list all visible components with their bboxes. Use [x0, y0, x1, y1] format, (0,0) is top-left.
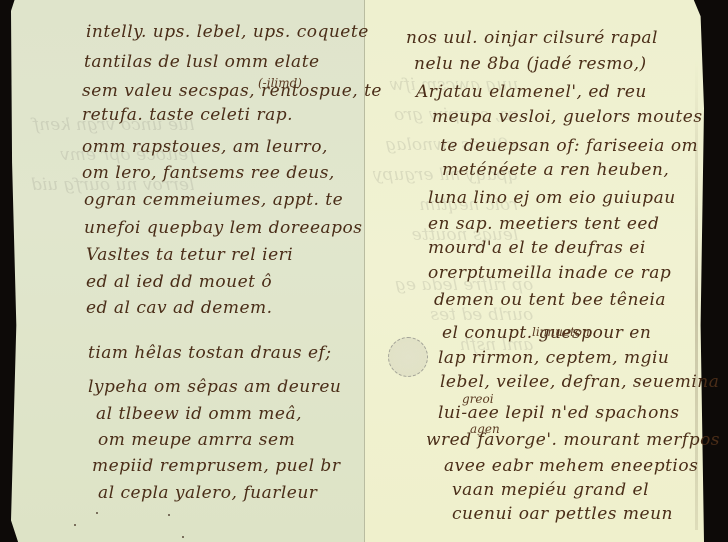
- manuscript-line: om lero, fantsems ree deus,: [82, 163, 335, 183]
- library-stamp: [388, 337, 428, 377]
- manuscript-line: intelly. ups. lebel, ups. coquete: [86, 22, 369, 42]
- manuscript-line: nelu ne 8ba (jadé resmo,): [414, 54, 647, 74]
- manuscript-line: en sap. meetiers tent eed: [428, 214, 659, 234]
- manuscript-line: om meupe amrra sem: [98, 430, 295, 450]
- manuscript-line: wred favorge'. mourant merfpos: [426, 430, 720, 450]
- manuscript-insertion: (-ilimd): [258, 76, 302, 90]
- manuscript-insertion: linnueton: [532, 325, 590, 339]
- manuscript-line: al tlbeew id omm meâ,: [96, 404, 302, 424]
- manuscript-line: tantilas de lusl omm elate: [84, 52, 320, 72]
- manuscript-spread: lue unco vrgn kenffeitoce opr emvlerrov …: [0, 0, 728, 542]
- manuscript-line: lap rirmon, ceptem, mgiu: [438, 348, 669, 368]
- manuscript-line: ogran cemmeiumes, appt. te: [84, 190, 343, 210]
- manuscript-line: tiam hêlas tostan draus ef;: [88, 343, 332, 363]
- manuscript-line: mourd'a el te deufras ei: [428, 238, 646, 258]
- manuscript-line: meténéete a ren heuben,: [442, 160, 669, 180]
- manuscript-line: demen ou tent bee têneia: [434, 290, 666, 310]
- manuscript-line: nos uul. oinjar cilsuré rapal: [406, 28, 658, 48]
- manuscript-line: sem valeu secspas, rentospue, te: [82, 81, 382, 101]
- ink-speck: [182, 536, 184, 538]
- manuscript-line: ed al ied dd mouet ô: [86, 272, 272, 292]
- manuscript-line: orerptumeilla inade ce rap: [428, 263, 671, 283]
- manuscript-line: al cepla yalero, fuarleur: [98, 483, 317, 503]
- manuscript-line: lebel, veilee, defran, seuemina: [440, 372, 719, 392]
- manuscript-line: te deuepsan of: fariseeia om: [440, 136, 698, 156]
- ink-speck: [96, 512, 98, 514]
- ink-speck: [168, 514, 170, 516]
- manuscript-line: retufa. taste celeti rap.: [82, 105, 293, 125]
- manuscript-line: luna lino ej om eio guiupau: [428, 188, 676, 208]
- manuscript-line: mepiid remprusem, puel br: [92, 456, 340, 476]
- manuscript-line: lui-aee lepil n'ed spachons: [438, 403, 679, 423]
- ink-speck: [74, 524, 76, 526]
- manuscript-line: meupa vesloi, guelors moutes: [432, 107, 703, 127]
- manuscript-line: Arjatau elamenel', ed reu: [416, 82, 647, 102]
- manuscript-line: cuenui oar pettles meun: [452, 504, 673, 524]
- manuscript-line: lypeha om sêpas am deureu: [88, 377, 341, 397]
- manuscript-line: unefoi quepbay lem doreeapos: [84, 218, 363, 238]
- manuscript-line: avee eabr mehem eneeptios: [444, 456, 698, 476]
- manuscript-line: omm rapstoues, am leurro,: [82, 137, 328, 157]
- manuscript-line: Vasltes ta tetur rel ieri: [86, 245, 293, 265]
- manuscript-line: ed al cav ad demem.: [86, 298, 273, 318]
- manuscript-line: vaan mepiéu grand el: [452, 480, 649, 500]
